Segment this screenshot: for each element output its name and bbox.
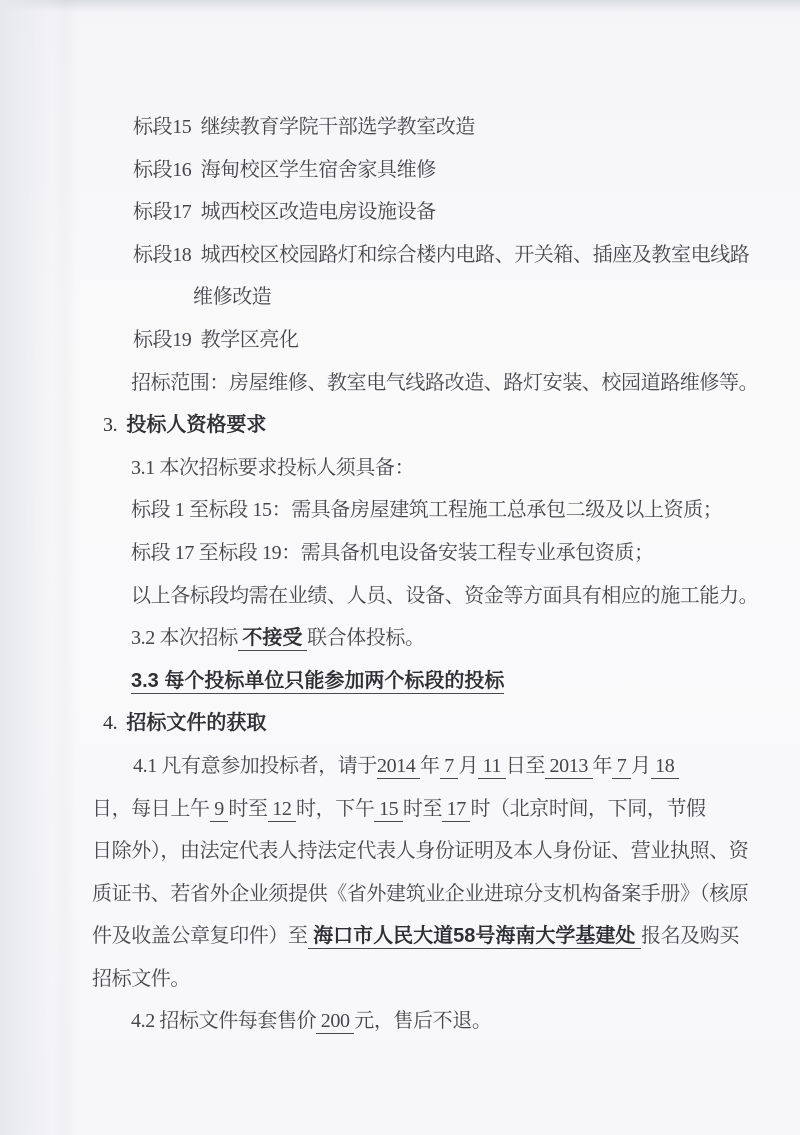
emphasized-text: 招标文件的获取 <box>126 712 266 734</box>
lot-item-18: 标段18 城西校区校园路灯和综合楼内电路、开关箱、插座及教室电线路 <box>92 234 772 277</box>
text-segment: 报名及购买 <box>641 925 739 947</box>
underlined-text: 7 <box>612 755 631 779</box>
text-segment: 4. <box>103 712 126 734</box>
tender-scope-line: 招标范围：房屋维修、教室电气线路改造、路灯安装、校园道路维修等。 <box>92 362 772 405</box>
emphasized-text: 海口市人民大道58号海南大学基建处 <box>308 925 641 949</box>
clause-4-1-line-4: 质证书、若省外企业须提供《省外建筑业企业进琼分支机构备案手册》（核原 <box>92 873 772 916</box>
text-segment: 城西校区改造电房设施设备 <box>191 201 435 223</box>
text-segment: 月 <box>458 755 478 777</box>
clause-4-1-line-5: 件及收盖公章复印件）至 海口市人民大道58号海南大学基建处 报名及购买 <box>92 915 772 958</box>
underlined-text: 12 <box>268 798 296 822</box>
text-segment: 招标范围：房屋维修、教室电气线路改造、路灯安装、校园道路维修等。 <box>131 372 758 394</box>
qualification-general: 以上各标段均需在业绩、人员、设备、资金等方面具有相应的施工能力。 <box>92 575 772 618</box>
emphasized-text: 不接受 <box>242 627 302 651</box>
document-lines: 标段15 继续教育学院干部选学教室改造标段16 海甸校区学生宿舍家具维修标段17… <box>92 106 772 1043</box>
text-segment: 3.1 本次招标要求投标人须具备： <box>131 457 414 479</box>
text-segment: 日至 <box>506 755 545 777</box>
text-segment: 标段 1 至标段 15：需具备房屋建筑工程施工总承包二级及以上资质； <box>131 499 722 521</box>
clause-4-1-line-6: 招标文件。 <box>92 958 772 1001</box>
text-segment: 3. <box>103 414 126 436</box>
text-segment: 时（北京时间，下同，节假 <box>470 798 705 820</box>
text-segment: 4.1 凡有意参加投标者，请于 <box>133 755 377 777</box>
clause-3-3: 3.3 每个投标单位只能参加两个标段的投标 <box>92 660 772 703</box>
clause-4-1-line-2: 日，每日上午 9 时至 12 时，下午 15 时至 17 时（北京时间，下同，节… <box>92 788 772 831</box>
text-segment: 时至 <box>403 798 442 820</box>
clause-4-1-line-3: 日除外），由法定代表人持法定代表人身份证明及本人身份证、营业执照、资 <box>92 830 772 873</box>
lot-item-16: 标段16 海甸校区学生宿舍家具维修 <box>92 149 772 192</box>
underlined-text: 11 <box>478 755 506 779</box>
text-segment: 标段16 <box>133 159 191 181</box>
text-segment: 标段15 <box>133 116 191 138</box>
text-segment: 年 <box>420 755 440 777</box>
emphasized-text: 投标人资格要求 <box>126 414 266 436</box>
clause-3-2: 3.2 本次招标 不接受 联合体投标。 <box>92 617 772 660</box>
underlined-text: 18 <box>651 755 679 779</box>
lot-item-18-continuation: 维修改造 <box>92 276 772 319</box>
text-segment: 3.2 本次招标 <box>131 627 238 649</box>
underlined-text: 15 <box>374 798 402 822</box>
section-3-heading: 3. 投标人资格要求 <box>92 404 772 447</box>
clause-4-2: 4.2 招标文件每套售价 200 元，售后不退。 <box>92 1000 772 1043</box>
text-segment: 年 <box>593 755 613 777</box>
text-segment: 海甸校区学生宿舍家具维修 <box>191 159 435 181</box>
text-segment: 4.2 招标文件每套售价 <box>131 1010 316 1032</box>
qualification-lots-1-to-15: 标段 1 至标段 15：需具备房屋建筑工程施工总承包二级及以上资质； <box>92 489 772 532</box>
text-segment: 质证书、若省外企业须提供《省外建筑业企业进琼分支机构备案手册》（核原 <box>92 883 748 905</box>
underlined-text: 2013 <box>545 755 593 779</box>
text-segment: 标段17 <box>133 201 191 223</box>
emphasized-text: 3.3 每个投标单位只能参加两个标段的投标 <box>131 670 504 694</box>
underlined-text: 17 <box>442 798 470 822</box>
text-segment: 元，售后不退。 <box>354 1010 491 1032</box>
text-segment: 标段18 <box>133 244 191 266</box>
text-segment: 件及收盖公章复印件）至 <box>92 925 308 947</box>
lot-item-19: 标段19 教学区亮化 <box>92 319 772 362</box>
text-segment: 标段19 <box>133 329 191 351</box>
clause-3-1: 3.1 本次招标要求投标人须具备： <box>92 447 772 490</box>
qualification-lots-17-to-19: 标段 17 至标段 19：需具备机电设备安装工程专业承包资质； <box>92 532 772 575</box>
text-segment: 继续教育学院干部选学教室改造 <box>191 116 475 138</box>
text-segment: 时至 <box>228 798 267 820</box>
text-segment: 月 <box>631 755 651 777</box>
text-segment: 时，下午 <box>296 798 374 820</box>
underlined-text: 7 <box>440 755 459 779</box>
text-segment: 教学区亮化 <box>191 329 298 351</box>
lot-item-15: 标段15 继续教育学院干部选学教室改造 <box>92 106 772 149</box>
section-4-heading: 4. 招标文件的获取 <box>92 702 772 745</box>
text-segment: 招标文件。 <box>92 968 190 990</box>
clause-4-1-line-1: 4.1 凡有意参加投标者，请于2014 年 7 月 11 日至 2013 年 7… <box>92 745 772 788</box>
text-segment: 日除外），由法定代表人持法定代表人身份证明及本人身份证、营业执照、资 <box>92 840 748 862</box>
underlined-text: 2014 <box>377 755 420 779</box>
lot-item-17: 标段17 城西校区改造电房设施设备 <box>92 191 772 234</box>
text-segment: 以上各标段均需在业绩、人员、设备、资金等方面具有相应的施工能力。 <box>131 585 758 607</box>
text-segment: 联合体投标。 <box>307 627 425 649</box>
text-segment: 维修改造 <box>193 286 271 308</box>
text-segment: 城西校区校园路灯和综合楼内电路、开关箱、插座及教室电线路 <box>191 244 749 266</box>
scanned-page: 标段15 继续教育学院干部选学教室改造标段16 海甸校区学生宿舍家具维修标段17… <box>0 0 800 1135</box>
underlined-text: 200 <box>316 1010 354 1034</box>
text-segment: 日，每日上午 <box>92 798 210 820</box>
underlined-text: 9 <box>210 798 229 822</box>
text-segment: 标段 17 至标段 19：需具备机电设备安装工程专业承包资质； <box>131 542 654 564</box>
